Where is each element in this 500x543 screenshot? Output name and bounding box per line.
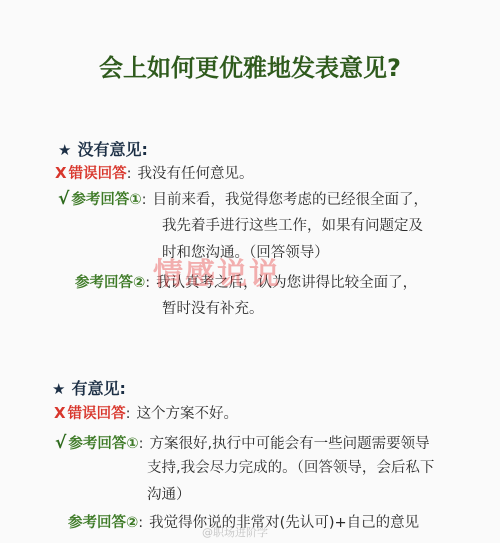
reference-answer-line: 目前来看，我觉得您考虑的已经很全面了， bbox=[153, 192, 429, 208]
wrong-answer-label: 错误回答 bbox=[68, 406, 126, 422]
check-icon: √ bbox=[58, 189, 69, 209]
wrong-answer-text: 我没有任何意见。 bbox=[137, 166, 253, 182]
star-icon: ★ bbox=[52, 380, 65, 398]
colon: : bbox=[142, 192, 147, 208]
colon: : bbox=[138, 515, 143, 531]
section-heading-text: 没有意见: bbox=[77, 140, 147, 159]
wrong-answer-row: X错误回答:这个方案不好。 bbox=[54, 400, 238, 427]
reference-answer-label: 参考回答① bbox=[68, 436, 138, 452]
section-heading-text: 有意见: bbox=[71, 379, 125, 398]
reference-answer-line: 我先着手进行这些工作，如果有问题定及 bbox=[162, 213, 423, 239]
colon: : bbox=[139, 436, 144, 452]
reference-answer-2-row: 参考回答②:我认真考之后，认为您讲得比较全面了， bbox=[75, 270, 417, 296]
wrong-answer-text: 这个方案不好。 bbox=[136, 406, 238, 422]
reference-answer-line: 暂时没有补充。 bbox=[162, 296, 264, 322]
cross-icon: X bbox=[55, 164, 67, 182]
reference-answer-line: 方案很好,执行中可能会有一些问题需要领导 bbox=[150, 436, 430, 452]
reference-answer-label: 参考回答② bbox=[75, 275, 145, 291]
star-icon: ★ bbox=[58, 141, 71, 159]
section-heading-has-opinion: ★有意见: bbox=[52, 376, 126, 399]
reference-answer-line: 支持,我会尽力完成的。（回答领导，会后私下 bbox=[147, 455, 434, 481]
document-page: 会上如何更优雅地发表意见? ★没有意见: X错误回答:我没有任何意见。 √参考回… bbox=[0, 0, 500, 543]
page-title: 会上如何更优雅地发表意见? bbox=[0, 48, 500, 83]
colon: : bbox=[126, 406, 131, 422]
colon: : bbox=[127, 166, 132, 182]
wrong-answer-label: 错误回答 bbox=[69, 166, 127, 182]
reference-answer-label: 参考回答② bbox=[68, 515, 138, 531]
reference-answer-line: 沟通） bbox=[147, 482, 191, 508]
reference-answer-line: 时和您沟通。（回答领导） bbox=[162, 240, 329, 266]
reference-answer-label: 参考回答① bbox=[71, 192, 141, 208]
reference-answer-1-row: √参考回答①:目前来看，我觉得您考虑的已经很全面了， bbox=[58, 186, 428, 213]
reference-answer-line: 我认真考之后，认为您讲得比较全面了， bbox=[156, 275, 417, 291]
wrong-answer-row: X错误回答:我没有任何意见。 bbox=[55, 160, 253, 187]
reference-answer-line: 我觉得你说的非常对(先认可)+自己的意见 bbox=[149, 515, 419, 531]
section-heading-no-opinion: ★没有意见: bbox=[58, 137, 148, 160]
check-icon: √ bbox=[55, 433, 66, 453]
reference-answer-1-row: √参考回答①:方案很好,执行中可能会有一些问题需要领导 bbox=[55, 430, 430, 457]
cross-icon: X bbox=[54, 404, 66, 422]
reference-answer-2-row: 参考回答②:我觉得你说的非常对(先认可)+自己的意见 bbox=[68, 510, 419, 536]
colon: : bbox=[145, 275, 150, 291]
